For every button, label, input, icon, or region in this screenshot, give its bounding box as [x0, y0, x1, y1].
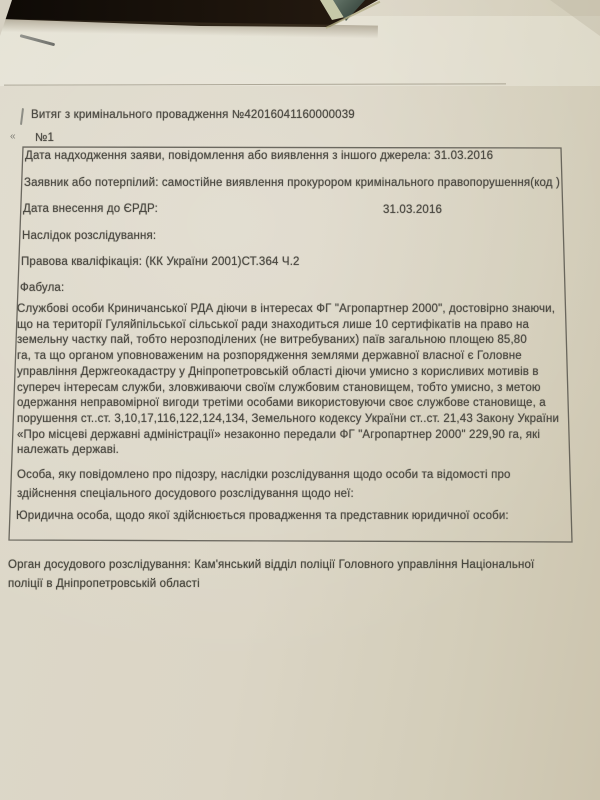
fabula-line: супереч інтересам служби, зловживаючи св…	[17, 381, 577, 397]
field-suspect-section: Особа, яку повідомлено про підозру, насл…	[17, 466, 511, 503]
field-legal-qualification: Правова кваліфікація: (КК України 2001)С…	[21, 256, 300, 268]
field-investigation-result: Наслідок розслідування:	[22, 230, 156, 242]
field-investigation-body: Орган досудового розслідування: Кам'янсь…	[8, 556, 534, 594]
suspect-line: Особа, яку повідомлено про підозру, насл…	[17, 466, 511, 485]
fabula-line: Службові особи Криничанської РДА діючи в…	[17, 302, 577, 318]
photo-of-document: « Витяг з кримінального провадження №420…	[0, 0, 600, 800]
copy-number: №1	[35, 132, 54, 144]
field-erdr-date: 31.03.2016	[383, 204, 442, 216]
suspect-line: здійснення спеціального досудового розсл…	[17, 485, 511, 504]
fabula-line: належать державі.	[17, 443, 577, 459]
fabula-line: «Про місцеві державні адміністрації» нез…	[17, 428, 577, 444]
fabula-line: що на території Гуляйпільської сільської…	[17, 318, 577, 334]
fabula-line: управління Держгеокадастру у Дніпропетро…	[17, 365, 577, 381]
fabula-line: одержання неправомірної вигоди третіми о…	[17, 396, 577, 412]
field-erdr-label: Дата внесення до ЄРДР:	[23, 203, 158, 215]
field-legal-entity: Юридична особа, щодо якої здійснюється п…	[16, 510, 509, 522]
field-applicant: Заявник або потерпілий: самостійне виявл…	[24, 177, 560, 189]
document-title: Витяг з кримінального провадження №42016…	[31, 109, 355, 121]
investigation-body-line: поліції в Дніпропетровській області	[8, 575, 534, 594]
fabula-line: порушення ст..ст. 3,10,17,116,122,124,13…	[17, 412, 577, 428]
fabula-line: земельну частку пай, тобто нерозподілени…	[17, 333, 577, 349]
field-fabula-label: Фабула:	[20, 282, 64, 294]
fabula-line: га, та що органом уповноваженим на розпо…	[17, 349, 577, 365]
field-date-received: Дата надходження заяви, повідомлення або…	[25, 150, 493, 162]
investigation-body-line: Орган досудового розслідування: Кам'янсь…	[8, 556, 534, 575]
fabula-paragraph: Службові особи Криничанської РДА діючи в…	[17, 302, 577, 459]
